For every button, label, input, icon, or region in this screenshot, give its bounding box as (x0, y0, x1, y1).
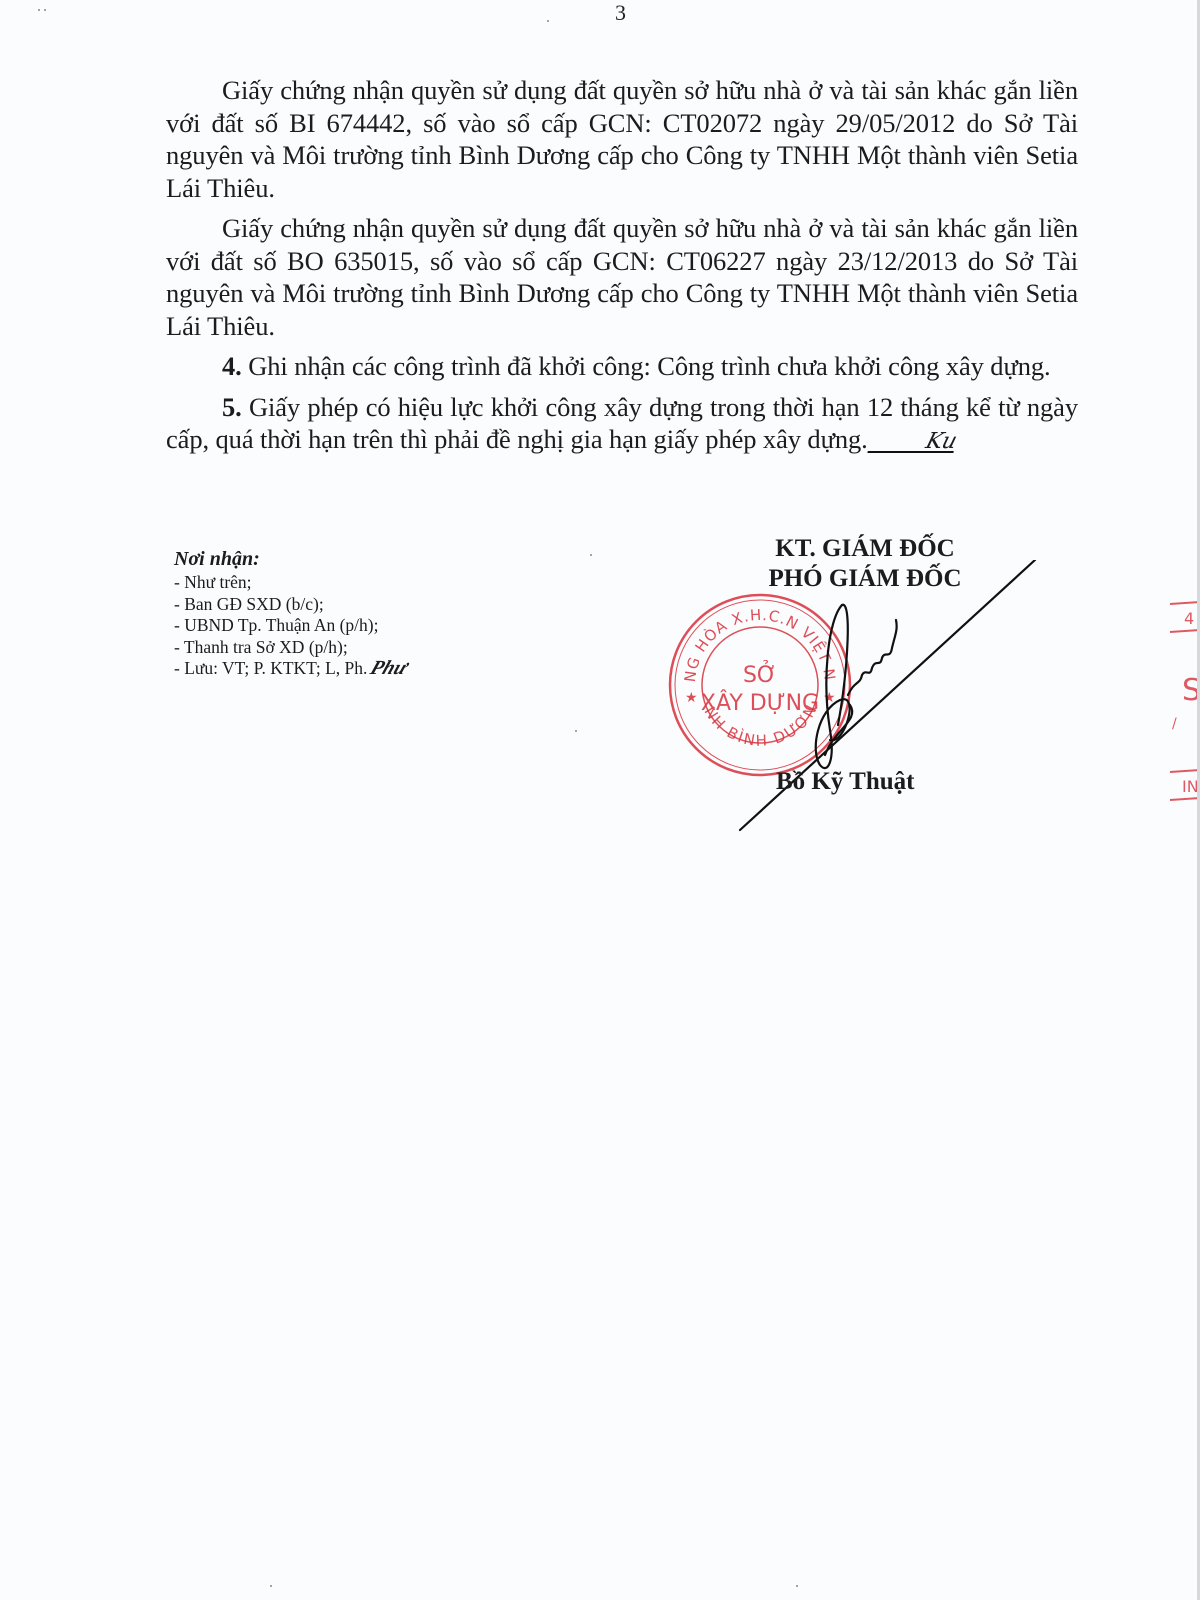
paragraph-certificate-2: Giấy chứng nhận quyền sử dụng đất quyền … (166, 212, 1078, 342)
scan-speck (590, 554, 592, 556)
scan-speck (38, 9, 40, 11)
svg-text:4: 4 (1184, 609, 1194, 628)
recipient-item: - Lưu: VT; P. KTKT; L, Ph.Phư (174, 658, 407, 680)
paragraph-item-4: 4. Ghi nhận các công trình đã khởi công:… (166, 350, 1078, 383)
document-body: Giấy chứng nhận quyền sử dụng đất quyền … (166, 74, 1078, 464)
signer-name: Bồ Kỹ Thuật (776, 768, 914, 796)
handwritten-initials: Phư (368, 658, 411, 680)
recipient-item: - UBND Tp. Thuận An (p/h); (174, 615, 407, 637)
recipient-item: - Thanh tra Sở XD (p/h); (174, 637, 407, 659)
handwritten-initials: Ku (867, 433, 958, 453)
page-number: 3 (615, 0, 626, 26)
item-number: 4. (222, 351, 242, 381)
recipient-item: - Ban GĐ SXD (b/c); (174, 594, 407, 616)
scan-speck (547, 20, 549, 22)
scan-speck (575, 730, 577, 732)
paragraph-item-5: 5. Giấy phép có hiệu lực khởi công xây d… (166, 391, 1078, 456)
recipients-heading: Nơi nhận: (174, 546, 407, 572)
recipients-block: Nơi nhận: - Như trên; - Ban GĐ SXD (b/c)… (174, 546, 407, 680)
recipient-item: - Như trên; (174, 572, 407, 594)
paragraph-certificate-1: Giấy chứng nhận quyền sử dụng đất quyền … (166, 74, 1078, 204)
scan-speck (796, 1585, 798, 1587)
item-number: 5. (222, 392, 242, 422)
recipient-item-text: - Lưu: VT; P. KTKT; L, Ph. (174, 658, 367, 678)
svg-text:/: / (1172, 716, 1177, 732)
svg-text:★: ★ (685, 690, 698, 706)
scan-speck (270, 1585, 272, 1587)
signature-icon (730, 560, 1050, 840)
item-text: Ghi nhận các công trình đã khởi công: Cô… (242, 351, 1051, 381)
scan-speck (44, 9, 46, 11)
partial-seal-icon: 4 S IN / (1150, 600, 1200, 820)
